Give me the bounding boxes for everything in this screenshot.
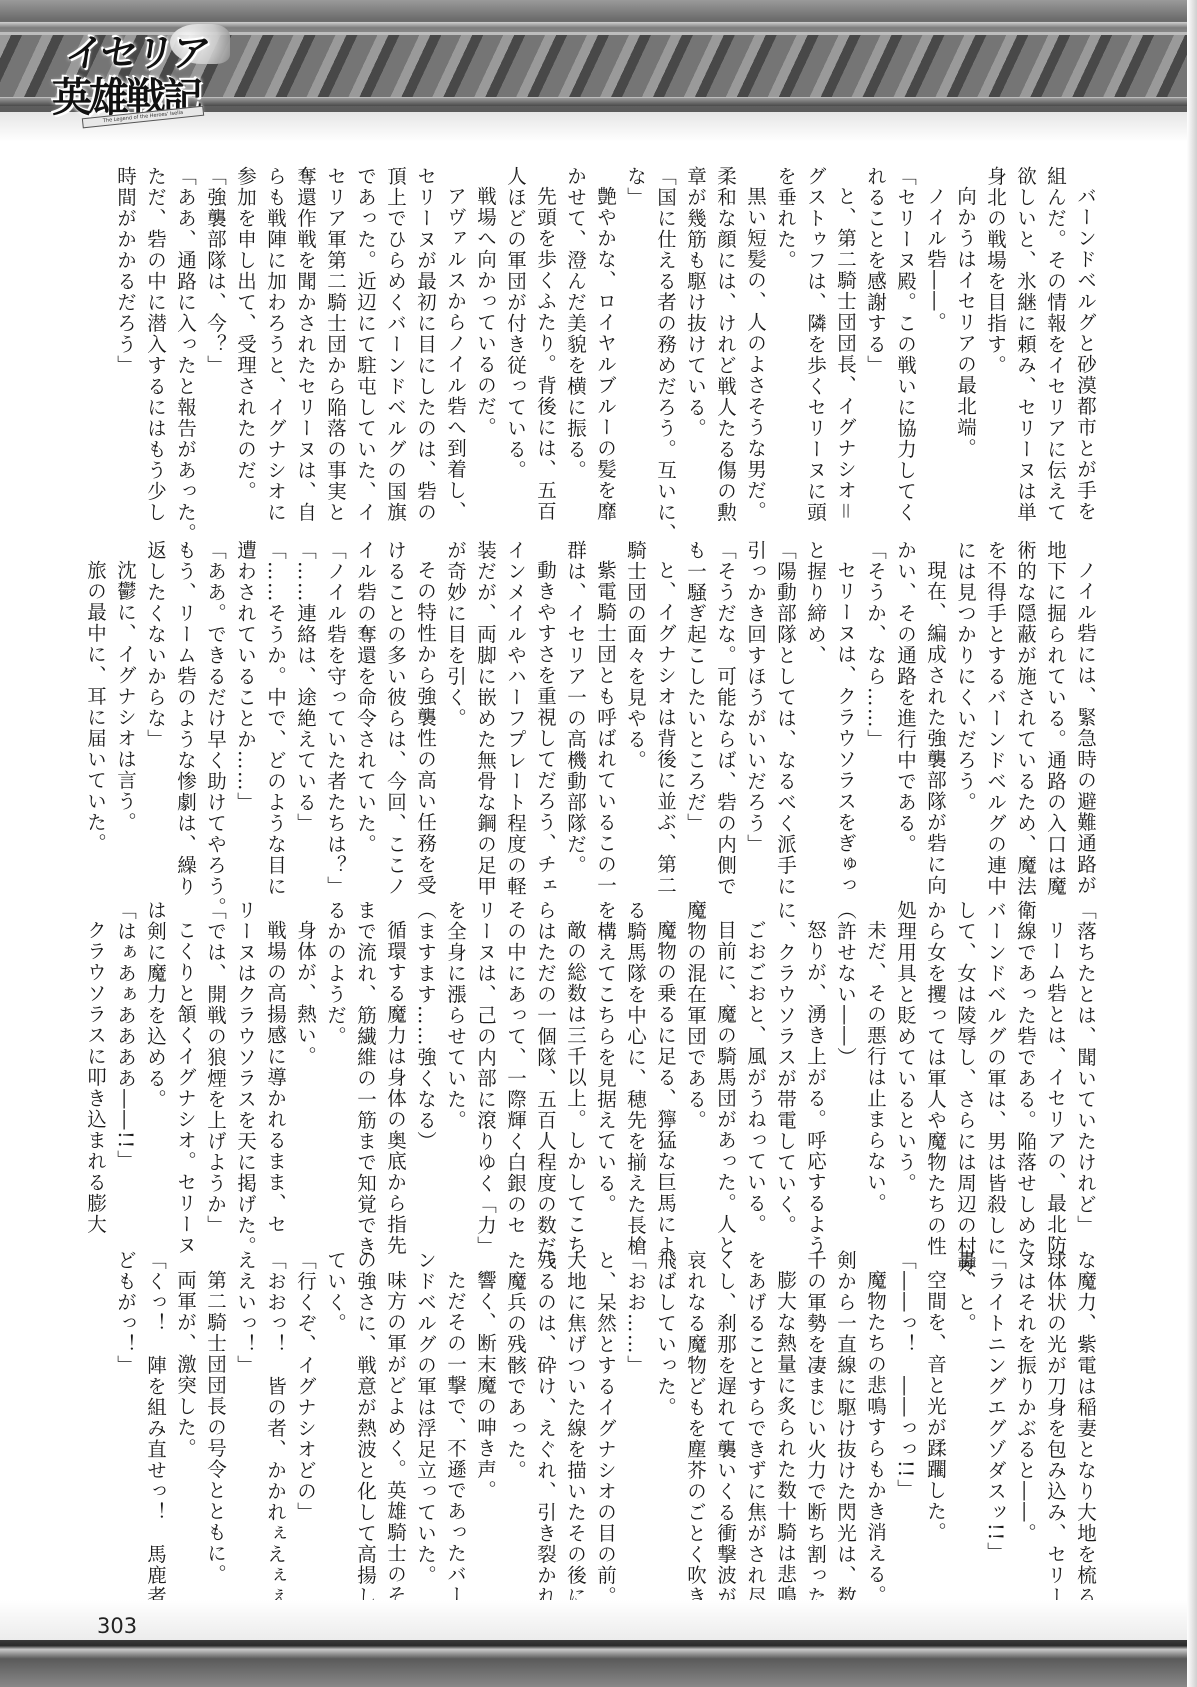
text-line: 「――っ！ ――っっ!!」 <box>890 1250 920 1590</box>
text-line: た魔兵の残骸であった。 <box>500 1250 530 1590</box>
text-line: かせて、澄んだ美貌を横に振る。 <box>560 166 590 506</box>
text-line: を垂れた。 <box>770 166 800 506</box>
text-line: 柔和な顔には、けれど戦人たる傷の勲 <box>710 166 740 506</box>
text-line: を不得手とするバーンドベルグの連中 <box>980 540 1010 880</box>
text-line: 紫電騎士団とも呼ばれているこの一 <box>590 540 620 880</box>
text-line: 参加を申し出て、受理されたのだ。 <box>230 166 260 506</box>
text-line: 頂上でひらめくバーンドベルグの国旗 <box>380 166 410 506</box>
text-line: して、女は陵辱し、さらには周辺の村々 <box>950 900 980 1240</box>
text-line: 残るのは、砕け、えぐれ、引き裂かれ <box>530 1250 560 1590</box>
text-line: を構えてこちらを見据えている。 <box>590 900 620 1240</box>
text-line: らも戦陣に加わろうと、イグナシオに <box>260 166 290 506</box>
text-line: ただ、砦の中に潜入するにはもう少し <box>140 166 170 506</box>
text-line: ンドベルグの軍は浮足立っていた。 <box>410 1250 440 1590</box>
text-line: まで流れ、筋繊維の一筋まで知覚でき <box>350 900 380 1240</box>
text-line: 未だ、その悪行は止まらない。 <box>860 900 890 1240</box>
footer-fade <box>0 1600 1197 1640</box>
text-line: を全身に漲らせていた。 <box>440 900 470 1240</box>
text-line: 遭わされていることか……」 <box>230 540 260 880</box>
text-line: の強さに、戦意が熱波と化して高揚し <box>350 1250 380 1590</box>
text-line: ごおごおと、風がうねっている。 <box>740 900 770 1240</box>
text-line: 循環する魔力は身体の奥底から指先 <box>380 900 410 1240</box>
text-line: 章が幾筋も駆け抜けている。 <box>680 166 710 506</box>
text-line: 両軍が、激突した。 <box>170 1250 200 1590</box>
text-line: 「行くぞ、イグナシオどの」 <box>290 1250 320 1590</box>
text-line: 戦場へ向かっているのだ。 <box>470 166 500 506</box>
text-line: 旅の最中に、耳に届いていた。 <box>80 540 110 880</box>
text-line: 「……そうか。中で、どのような目に <box>260 540 290 880</box>
text-line: 「ライトニングエグゾダスッ!!」 <box>980 1250 1010 1590</box>
text-line: 響く、断末魔の呻き声。 <box>470 1250 500 1590</box>
text-line: インメイルやハーフプレート程度の軽 <box>500 540 530 880</box>
text-line: 魔物の混在軍団である。 <box>680 900 710 1240</box>
text-line: 飛ばしていった。 <box>650 1250 680 1590</box>
text-line: セリーヌが最初に目にしたのは、砦の <box>410 166 440 506</box>
text-line: 「セリーヌ殿。この戦いに協力してく <box>890 166 920 506</box>
text-line: 地下に掘られている。通路の入口は魔 <box>1040 540 1070 880</box>
text-line: 黒い短髪の、人のよさそうな男だ。 <box>740 166 770 506</box>
text-line: な魔力、紫電は稲妻となり大地を梳る。 <box>1070 1250 1100 1590</box>
text-line: リーヌはクラウソラスを天に掲げた。 <box>230 900 260 1240</box>
text-line: リーヌは、己の内部に滾りゆく「力」 <box>470 900 500 1240</box>
text-line: バーンドベルグと砂漠都市とが手を <box>1070 166 1100 506</box>
text-line: 奪還作戦を聞かされたセリーヌは、自 <box>290 166 320 506</box>
text-line: 魔物の乗るに足る、獰猛な巨馬によ <box>650 900 680 1240</box>
text-line: （ますます……強くなる） <box>410 900 440 1240</box>
text-line: れることを感謝する」 <box>860 166 890 506</box>
text-line: と握り締め、 <box>800 540 830 880</box>
page-edge <box>1187 0 1197 1687</box>
text-line: 「くっ！ 陣を組み直せっ！ 馬鹿者 <box>140 1250 170 1590</box>
text-line: 「ノイル砦を守っていた者たちは？」 <box>320 540 350 880</box>
text-line: 組んだ。その情報をイセリアに伝えて <box>1040 166 1070 506</box>
text-line: 「陽動部隊としては、なるべく派手に <box>770 540 800 880</box>
text-line: 沈鬱に、イグナシオは言う。 <box>110 540 140 880</box>
text-line: 術的な隠蔽が施されているため、魔法 <box>1010 540 1040 880</box>
text-line: 「ああ、通路に入ったと報告があった。 <box>170 166 200 506</box>
text-line: に、クラウソラスが帯電していく。 <box>770 900 800 1240</box>
text-line: 人ほどの軍団が付き従っている。 <box>500 166 530 506</box>
text-line: 「そうだな。可能ならば、砦の内側で <box>710 540 740 880</box>
text-line: 空間を、音と光が蹂躙した。 <box>920 1250 950 1590</box>
text-line: 先頭を歩くふたり。背後には、五百 <box>530 166 560 506</box>
text-line: から女を攫っては軍人や魔物たちの性 <box>920 900 950 1240</box>
text-line: 味方の軍がどよめく。英雄騎士のそ <box>380 1250 410 1590</box>
text-line: リーム砦とは、イセリアの、最北防 <box>1040 900 1070 1240</box>
text-line: 装だが、両脚に嵌めた無骨な鋼の足甲 <box>470 540 500 880</box>
text-line: 現在、編成された強襲部隊が砦に向 <box>920 540 950 880</box>
text-band-4: な魔力、紫電は稲妻となり大地を梳る。球体状の光が刀身を包み込み、セリーヌはそれを… <box>95 1250 1100 1590</box>
text-line: 戦場の高揚感に導かれるまま、セ <box>260 900 290 1240</box>
text-line: 敵の総数は三千以上。しかしてこち <box>560 900 590 1240</box>
text-line: 「おおっ！ 皆の者、かかれぇえぇぇ <box>260 1250 290 1590</box>
text-line: と、呆然とするイグナシオの目の前。 <box>590 1250 620 1590</box>
text-line: ていく。 <box>320 1250 350 1590</box>
text-line: 返したくないからな」 <box>140 540 170 880</box>
text-line: 第二騎士団団長の号令とともに。 <box>200 1250 230 1590</box>
text-line: る騎馬隊を中心に、穂先を揃えた長槍 <box>620 900 650 1240</box>
text-band-3: 「落ちたとは、聞いていたけれど」リーム砦とは、イセリアの、最北防衛線であった砦で… <box>95 900 1100 1240</box>
text-line: 目前に、魔の騎馬団があった。人と <box>710 900 740 1240</box>
text-line: 欲しいと、氷継に頼み、セリーヌは単 <box>1010 166 1040 506</box>
text-line: 「ああ。できるだけ早く助けてやろう。 <box>200 540 230 880</box>
text-line: 引っかき回すほうがいいだろう」 <box>740 540 770 880</box>
text-line: 動きやすさを重視してだろう、チェ <box>530 540 560 880</box>
text-line: こくりと頷くイグナシオ。セリーヌ <box>170 900 200 1240</box>
text-line: どもがっ！」 <box>110 1250 140 1590</box>
page-number: 303 <box>97 1614 137 1638</box>
text-line: 哀れなる魔物どもを塵芥のごとく吹き <box>680 1250 710 1590</box>
text-line: アヴァルスからノイル砦へ到着し、 <box>440 166 470 506</box>
text-line: 轟、と。 <box>950 1250 980 1590</box>
text-line: ノイル砦――。 <box>920 166 950 506</box>
text-line: 千の軍勢を凄まじい火力で断ち割った。 <box>800 1250 830 1590</box>
text-line: るかのようだ。 <box>320 900 350 1240</box>
series-logo: イセリア 英雄戦記 The Legend of the Heroes' Isel… <box>52 20 232 124</box>
text-line: セリーヌは、クラウソラスをぎゅっ <box>830 540 860 880</box>
text-line: 「そうか、なら……」 <box>860 540 890 880</box>
text-line: 身北の戦場を目指す。 <box>980 166 1010 506</box>
footer-ornament-bar <box>0 1640 1197 1687</box>
text-line: （許せない――） <box>830 900 860 1240</box>
text-line: は剣に魔力を込める。 <box>140 900 170 1240</box>
text-line: 衛線であった砦である。陥落せしめた <box>1010 900 1040 1240</box>
text-line: 艶やかな、ロイヤルブルーの髪を靡 <box>590 166 620 506</box>
text-line: をあげることすらできずに焦がされ尽 <box>740 1250 770 1590</box>
text-line: 怒りが、湧き上がる。呼応するよう <box>800 900 830 1240</box>
text-line: 球体状の光が刀身を包み込み、セリー <box>1040 1250 1070 1590</box>
text-line: グストゥフは、隣を歩くセリーヌに頭 <box>800 166 830 506</box>
text-line: 処理用具と貶めているという。 <box>890 900 920 1240</box>
text-line: 群は、イセリア一の高機動部隊だ。 <box>560 540 590 880</box>
text-line: セリア軍第二騎士団から陥落の事実と <box>320 166 350 506</box>
text-line: 膨大な熱量に炙られた数十騎は悲鳴 <box>770 1250 800 1590</box>
text-line: と、第二騎士団団長、イグナシオ＝ <box>830 166 860 506</box>
text-line: には見つかりにくいだろう。 <box>950 540 980 880</box>
text-line: 剣から一直線に駆け抜けた閃光は、数 <box>830 1250 860 1590</box>
text-line: イル砦の奪還を命令されていた。 <box>350 540 380 880</box>
text-line: も一騒ぎ起こしたいところだ」 <box>680 540 710 880</box>
text-line: ええいっ！」 <box>230 1250 260 1590</box>
text-line: 大地に焦げついた線を描いたその後に <box>560 1250 590 1590</box>
text-line: 「落ちたとは、聞いていたけれど」 <box>1070 900 1100 1240</box>
text-line: 向かうはイセリアの最北端。 <box>950 166 980 506</box>
text-line: ヌはそれを振りかぶると――。 <box>1010 1250 1040 1590</box>
text-line: 騎士団の面々を見やる。 <box>620 540 650 880</box>
text-line: 「強襲部隊は、今？」 <box>200 166 230 506</box>
text-line: バーンドベルグの軍は、男は皆殺しに <box>980 900 1010 1240</box>
text-line: もう、リーム砦のような惨劇は、繰り <box>170 540 200 880</box>
text-line: くし、刹那を遅れて襲いくる衝撃波が <box>710 1250 740 1590</box>
text-line: 「では、開戦の狼煙を上げようか」 <box>200 900 230 1240</box>
text-line: 時間がかかるだろう」 <box>110 166 140 506</box>
text-line: らはただの一個隊、五百人程度の数だ。 <box>530 900 560 1240</box>
text-line: が奇妙に目を引く。 <box>440 540 470 880</box>
text-line: その中にあって、一際輝く白銀のセ <box>500 900 530 1240</box>
text-line: かい、その通路を進行中である。 <box>890 540 920 880</box>
text-line: けることの多い彼らは、今回、ここノ <box>380 540 410 880</box>
text-line: 「……連絡は、途絶えている」 <box>290 540 320 880</box>
text-band-2: ノイル砦には、緊急時の避難通路が地下に掘られている。通路の入口は魔術的な隠蔽が施… <box>95 540 1100 880</box>
text-line: 「はぁあぁああああ――!!」 <box>110 900 140 1240</box>
text-line: であった。近辺にて駐屯していた、イ <box>350 166 380 506</box>
text-line: な」 <box>620 166 650 506</box>
text-line: 身体が、熱い。 <box>290 900 320 1240</box>
text-line: と、イグナシオは背後に並ぶ、第二 <box>650 540 680 880</box>
text-line: ただその一撃で、不遜であったバー <box>440 1250 470 1590</box>
text-line: クラウソラスに叩き込まれる膨大 <box>80 900 110 1240</box>
text-line: ノイル砦には、緊急時の避難通路が <box>1070 540 1100 880</box>
text-line: その特性から強襲性の高い任務を受 <box>410 540 440 880</box>
text-line: 魔物たちの悲鳴すらもかき消える。 <box>860 1250 890 1590</box>
text-line: 「国に仕える者の務めだろう。互いに、 <box>650 166 680 506</box>
text-line: 「おお……」 <box>620 1250 650 1590</box>
text-band-1: バーンドベルグと砂漠都市とが手を組んだ。その情報をイセリアに伝えて欲しいと、氷継… <box>95 166 1100 506</box>
